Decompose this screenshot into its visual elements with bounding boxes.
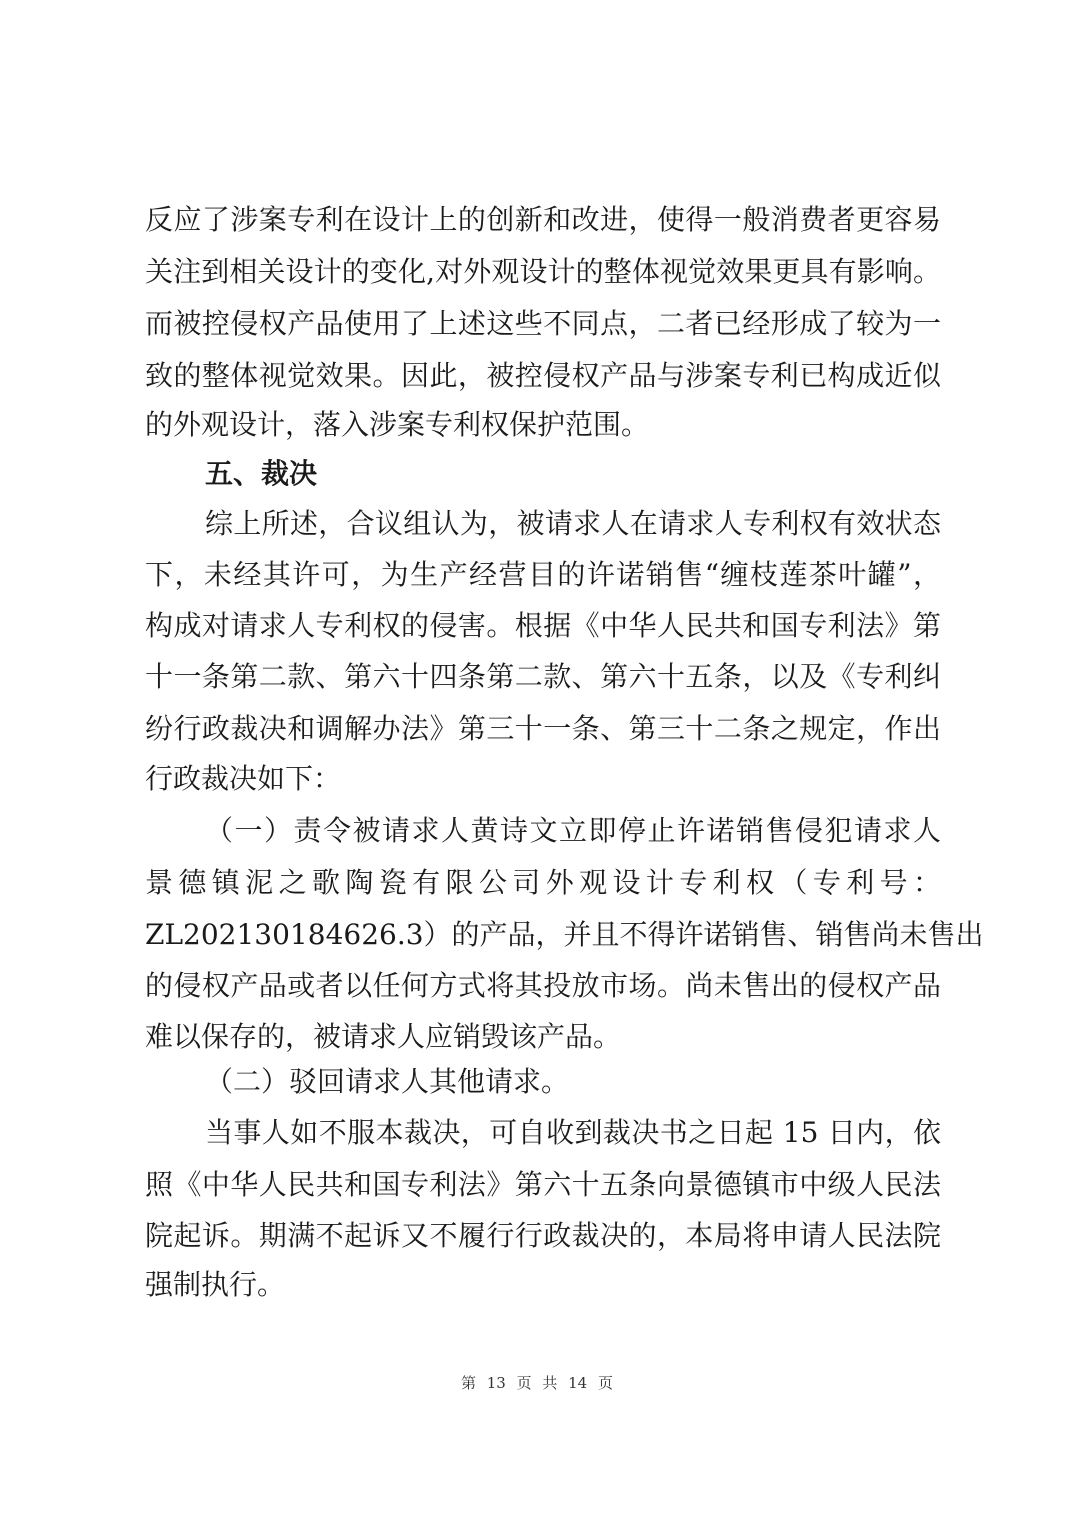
paragraph-line: 关注到相关设计的变化,对外观设计的整体视觉效果更具有影响。	[145, 252, 941, 292]
paragraph-line: 构成对请求人专利权的侵害。根据《中华人民共和国专利法》第	[145, 606, 941, 646]
paragraph-line: 十一条第二款、第六十四条第二款、第六十五条，以及《专利纠	[145, 657, 941, 697]
section-heading: 五、裁决	[205, 454, 317, 494]
ruling-item-1-line: （一）责令被请求人黄诗文立即停止许诺销售侵犯请求人	[205, 811, 941, 851]
paragraph-line: 综上所述，合议组认为，被请求人在请求人专利权有效状态	[205, 504, 941, 544]
appeal-notice-line: 强制执行。	[145, 1265, 941, 1305]
paragraph-line: 行政裁决如下：	[145, 759, 941, 799]
ruling-item-1-line: ZL202130184626.3）的产品，并且不得许诺销售、销售尚未售出	[145, 915, 941, 955]
paragraph-line: 纷行政裁决和调解办法》第三十一条、第三十二条之规定，作出	[145, 709, 941, 749]
ruling-item-2-line: （二）驳回请求人其他请求。	[205, 1062, 941, 1102]
appeal-notice-line: 当事人如不服本裁决，可自收到裁决书之日起 15 日内，依	[205, 1113, 941, 1153]
appeal-notice-line: 照《中华人民共和国专利法》第六十五条向景德镇市中级人民法	[145, 1165, 941, 1205]
paragraph-line: 反应了涉案专利在设计上的创新和改进，使得一般消费者更容易	[145, 200, 941, 240]
ruling-item-1-line: 难以保存的，被请求人应销毁该产品。	[145, 1017, 941, 1057]
paragraph-line: 致的整体视觉效果。因此，被控侵权产品与涉案专利已构成近似	[145, 356, 941, 396]
appeal-notice-line: 院起诉。期满不起诉又不履行行政裁决的，本局将申请人民法院	[145, 1216, 941, 1256]
paragraph-line: 的外观设计，落入涉案专利权保护范围。	[145, 405, 941, 445]
ruling-item-1-line: 景德镇泥之歌陶瓷有限公司外观设计专利权（专利号：	[145, 863, 941, 903]
document-page: 反应了涉案专利在设计上的创新和改进，使得一般消费者更容易 关注到相关设计的变化,…	[0, 0, 1074, 1520]
page-number-footer: 第 13 页 共 14 页	[0, 1372, 1074, 1393]
paragraph-line: 而被控侵权产品使用了上述这些不同点，二者已经形成了较为一	[145, 304, 941, 344]
paragraph-line: 下，未经其许可，为生产经营目的许诺销售“缠枝莲茶叶罐”，	[145, 555, 941, 595]
ruling-item-1-line: 的侵权产品或者以任何方式将其投放市场。尚未售出的侵权产品	[145, 966, 941, 1006]
